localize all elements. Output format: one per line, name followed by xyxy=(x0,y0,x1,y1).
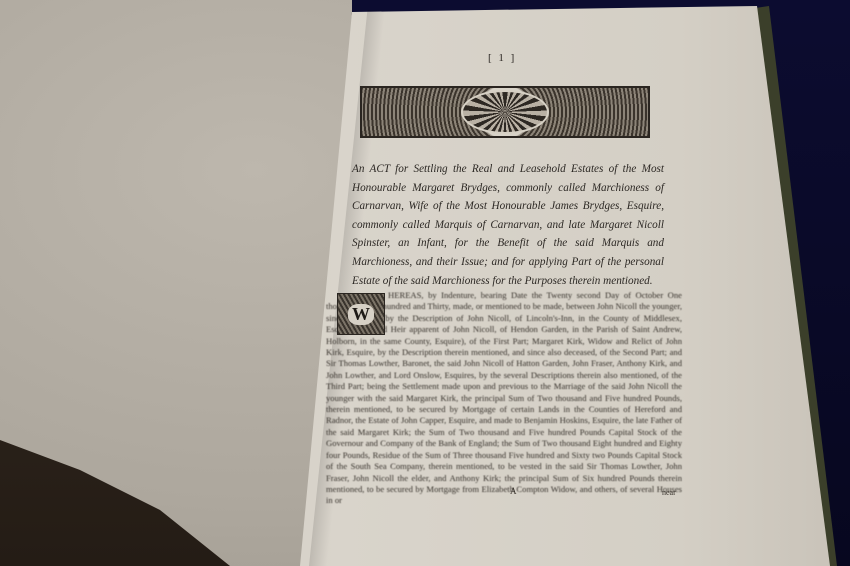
drop-cap-initial: W xyxy=(337,293,385,335)
rosette-icon xyxy=(461,90,549,134)
ornamental-headpiece-icon xyxy=(360,86,650,138)
drop-cap-letter: W xyxy=(348,304,374,325)
photo-scene: [ 1 ] An ACT for Settling the Real and L… xyxy=(0,0,850,566)
act-title: An ACT for Settling the Real and Leaseho… xyxy=(352,160,664,290)
signature-mark: A xyxy=(510,486,517,496)
catchword: near xyxy=(662,488,676,497)
page-number: [ 1 ] xyxy=(488,52,516,64)
